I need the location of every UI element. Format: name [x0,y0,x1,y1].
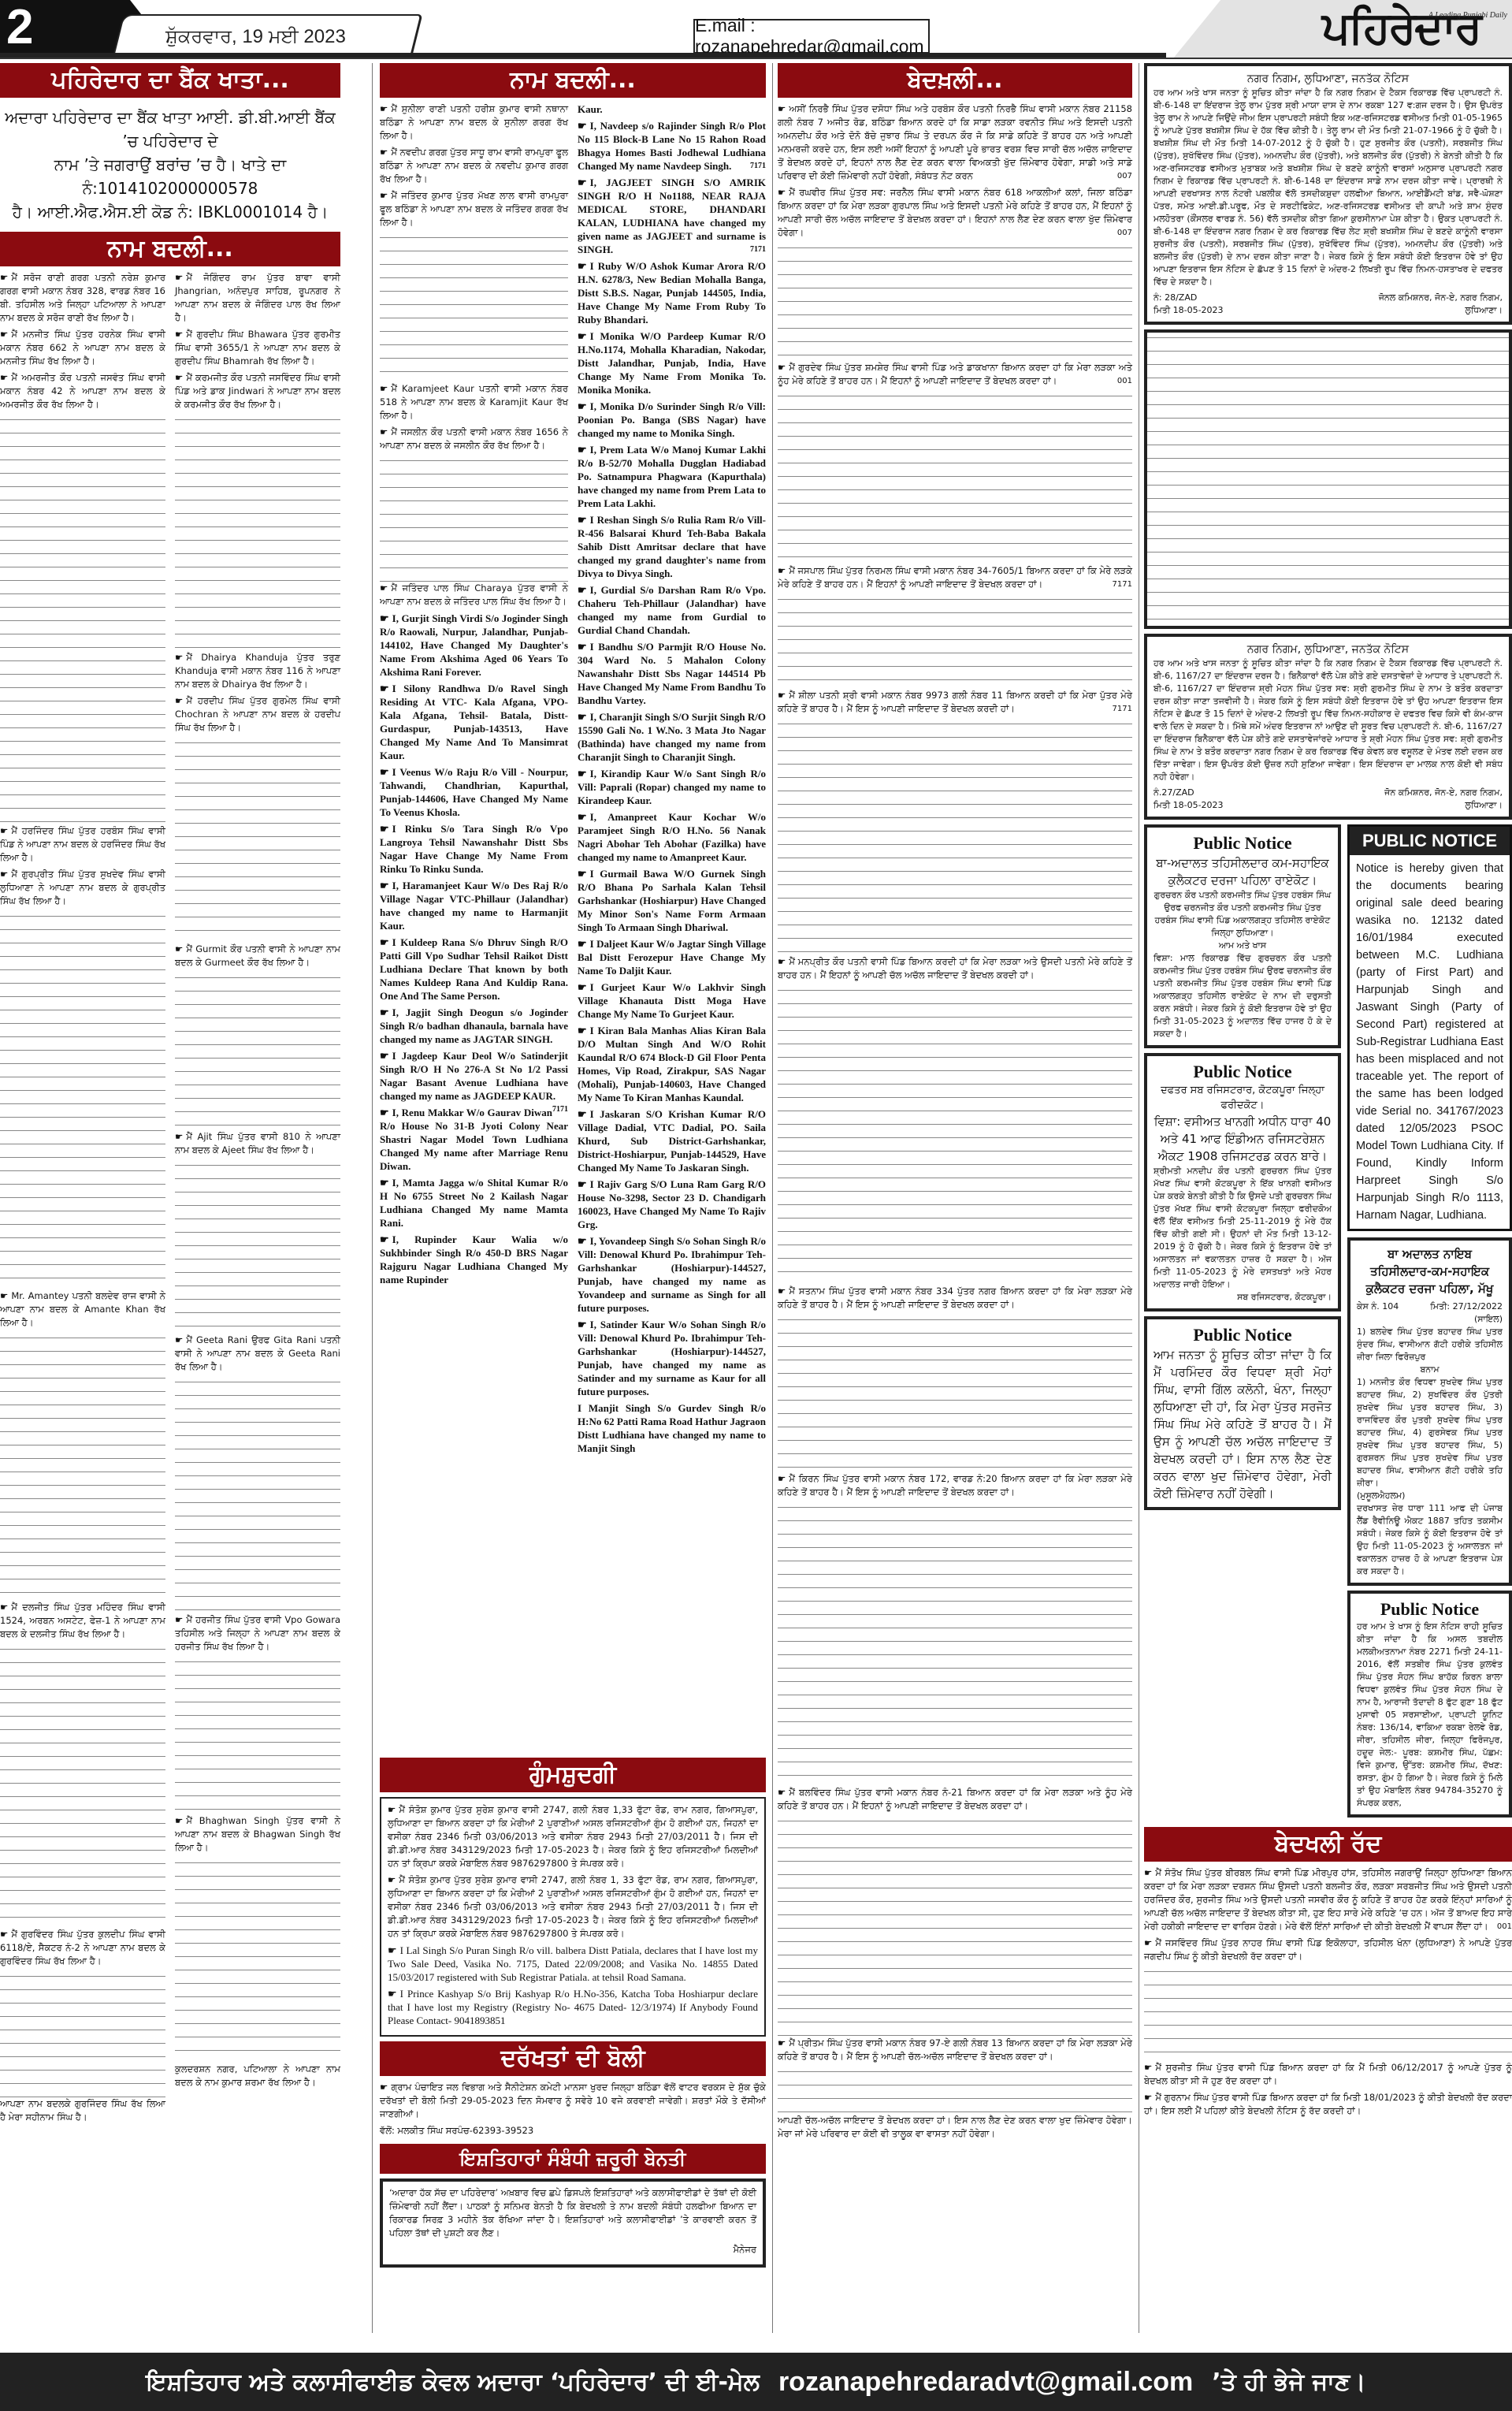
text-block-filler [380,456,568,582]
list-item: ☛ਮੈਂ ਮਨਜੀਤ ਸਿੰਘ ਪੁੱਤਰ ਹਰਨੇਕ ਸਿੰਘ ਵਾਸੀ ਮਕ… [0,328,165,368]
list-item: ☛ਮੈਂ ਗੁਰਦੀਪ ਸਿੰਘ Bhawara ਪੁੱਤਰ ਗੁਰਮੀਤ ਸਿ… [175,328,340,368]
list-item: ☛I, Gurdial S/o Darshan Ram R/o Vpo. Cha… [578,583,766,637]
tree-auction-heading: ਦਰੱਖਤਾਂ ਦੀ ਬੋਲੀ [380,2041,766,2076]
list-item: ☛ਮੈਂ Gurmit ਕੌਰ ਪਤਨੀ ਵਾਸੀ ਨੇ ਆਪਣਾ ਨਾਮ ਬਦ… [175,943,340,969]
public-notice-title: Public Notice [1154,1324,1332,1346]
list-item: ☛ਮੈਂ ਸੁਰਜੀਤ ਸਿੰਘ ਪੁੱਤਰ ਵਾਸੀ ਪਿੰਡ ਬਿਆਨ ਕਰ… [1144,2061,1512,2088]
pointing-hand-icon: ☛ [578,768,587,779]
text-block-filler [175,973,340,1130]
notice-body: ਹਰ ਆਮ ਅਤੇ ਖਾਸ ਜਨਤਾ ਨੂੰ ਸੂਚਿਤ ਕੀਤਾ ਜਾਂਦਾ … [1154,87,1503,288]
pointing-hand-icon: ☛ [175,943,183,954]
footer-suffix: ’ਤੇ ਹੀ ਭੇਜੇ ਜਾਣ। [1212,2368,1365,2396]
public-notice-en-title: PUBLIC NOTICE [1350,827,1510,855]
text-block-filler [175,738,340,943]
bank-account-info: ਅਦਾਰਾ ਪਹਿਰੇਦਾਰ ਦਾ ਬੈਂਕ ਖਾਤਾ ਆਈ. ਡੀ.ਬੀ.ਆਈ… [0,102,340,232]
list-item: ☛I Kiran Bala Manhas Alias Kiran Bala D/… [578,1024,766,1104]
text-block-filler [0,911,165,1289]
page-number: 2 [6,2,33,54]
pointing-hand-icon: ☛ [778,565,786,576]
public-notice-english: PUBLIC NOTICE Notice is hereby given tha… [1347,824,1512,1231]
name-change-heading: ਨਾਮ ਬਦਲੀ... [0,232,340,266]
notice-title: ਨਗਰ ਨਿਗਮ, ਲੁਧਿਆਣਾ, ਜਨਤੱਕ ਨੋਟਿਸ [1154,642,1503,657]
column-divider [772,63,773,2333]
list-item: ☛ਮੈਂ ਕਿਰਨ ਸਿੰਘ ਪੁੱਤਰ ਵਾਸੀ ਮਕਾਨ ਨੰਬਰ 172,… [778,1472,1132,1499]
list-item: ☛I Jaskaran S/O Krishan Kumar R/O Villag… [578,1107,766,1174]
list-item: ☛I Bandhu S/O Parmjit R/O House No. 304 … [578,640,766,707]
list-item: ☛I Daljeet Kaur W/o Jagtar Singh Village… [578,937,766,977]
public-notice-subject: ਵਿਸ਼ਾ: ਵਸੀਅਤ ਖਾਨਗੀ ਅਧੀਨ ਧਾਰਾ 40 ਅਤੇ 41 ਆ… [1154,1113,1332,1165]
plaintiff: 1) ਬਲਦੇਵ ਸਿੰਘ ਪੁੱਤਰ ਬਹਾਦਰ ਸਿੰਘ ਪੁਤਰ ਸੁੰਦ… [1357,1326,1503,1364]
pointing-hand-icon: ☛ [578,1319,587,1330]
notice-date: ਮਿਤੀ 18-05-2023 [1154,304,1224,317]
bank-line-3: ਹੈ। ਆਈ.ਐਫ.ਐਸ.ਈ ਕੋਡ ਨੰ: IBKL0001014 ਹੈ। [2,200,339,224]
list-item: ☛I, Navdeep s/o Rajinder Singh R/o Plot … [578,119,766,173]
contact-email[interactable]: E.mail : rozanapehredar@gmail.com [693,19,930,54]
notice-body: ਹਰ ਆਮ ਅਤੇ ਖਾਸ ਜਨਤਾ ਨੂੰ ਸੂਚਿਤ ਕੀਤਾ ਜਾਂਦਾ … [1154,657,1503,783]
list-item: ☛ਮੈਂ ਦਲਜੀਤ ਸਿੰਘ ਪੁੱਤਰ ਮਹਿੰਦਰ ਸਿੰਘ ਵਾਸੀ 1… [0,1601,165,1641]
list-item: ☛I Monika W/O Pardeep Kumar R/O H.No.117… [578,329,766,396]
missing-notices-box: ☛ਮੈਂ ਸੰਤੋਸ਼ ਕੁਮਾਰ ਪੁੱਤਰ ਸੁਰੇਸ਼ ਕੁਮਾਰ ਵਾਸ… [380,1797,766,2037]
ads-request-signature: ਮੈਨੇਜਰ [389,2243,756,2257]
list-item: ☛ਮੈਂ ਹਰਜੀਤ ਸਿੰਘ ਪੁੱਤਰ ਵਾਸੀ Vpo Gowara ਤਹ… [175,1613,340,1654]
mc-notice-2: ਨਗਰ ਨਿਗਮ, ਲੁਧਿਆਣਾ, ਜਨਤੱਕ ਨੋਟਿਸ ਹਰ ਆਮ ਅਤੇ… [1144,634,1512,820]
pointing-hand-icon: ☛ [578,1235,587,1247]
text-block-filler [175,415,340,651]
list-item: ☛ਮੈਂ Geeta Rani ਉਰਫ Gita Rani ਪਤਨੀ ਵਾਸੀ … [175,1334,340,1374]
public-notices-right: PUBLIC NOTICE Notice is hereby given tha… [1347,824,1512,1822]
text-block-filler [0,1333,165,1601]
text-block-filler [380,233,568,382]
pointing-hand-icon: ☛ [380,103,388,114]
ads-request-box: ‘ਅਦਾਰਾ ਹੱਕ ਸੱਚ ਦਾ ਪਹਿਰੇਦਾਰ’ ਅਖ਼ਬਾਰ ਵਿਚ ਛ… [380,2178,766,2268]
list-item: ☛ਮੈਂ ਗੁਰਪ੍ਰੀਤ ਸਿੰਘ ਪੁੱਤਰ ਸੁਖਦੇਵ ਸਿੰਘ ਵਾਸ… [0,868,165,908]
list-item: ☛I, Charanjit Singh S/O Surjit Singh R/O… [578,710,766,764]
pointing-hand-icon: ☛ [175,329,183,340]
column-divider [1139,63,1139,2333]
text-block-filler [778,391,1132,564]
list-item: ☛ਮੈਂ ਪ੍ਰੀਤਮ ਸਿੰਘ ਪੁੱਤਰ ਵਾਸੀ ਮਕਾਨ ਨੰਬਰ 97… [778,2037,1132,2063]
list-item-footer: ਕੁਲਦਰਸ਼ਨ ਨਗਰ, ਪਟਿਆਲਾ ਨੇ ਆਪਣਾ ਨਾਮ ਬਦਲ ਕੇ … [175,2063,340,2089]
pointing-hand-icon: ☛ [380,823,389,835]
pointing-hand-icon: ☛ [380,1050,389,1062]
bank-account-heading: ਪਹਿਰੇਦਾਰ ਦਾ ਬੈਂਕ ਖਾਤਾ... [0,63,340,98]
list-item: ☛ਮੈਂ ਜਤਿੰਦਰ ਪਾਲ ਸਿੰਘ Charaya ਪੁੱਤਰ ਵਾਸੀ … [380,582,568,608]
list-item: ☛ਮੈਂ ਸ਼ੀਲਾ ਪਤਨੀ ਸ਼੍ਰੀ ਵਾਸੀ ਮਕਾਨ ਨੰਬਰ 997… [778,689,1132,716]
notice-signatory: ਜੋਨਲ ਕਮਿਸ਼ਨਰ, ਜੋਨ-ਏ, ਨਗਰ ਨਿਗਮ, ਲੁਧਿਆਣਾ। [1361,292,1503,317]
bank-line-1: ਅਦਾਰਾ ਪਹਿਰੇਦਾਰ ਦਾ ਬੈਂਕ ਖਾਤਾ ਆਈ. ਡੀ.ਬੀ.ਆਈ… [2,106,339,153]
pointing-hand-icon: ☛ [778,1787,786,1798]
list-item: ☛I Ruby W/O Ashok Kumar Arora R/O H.N. 6… [578,259,766,326]
list-item: ☛I Gurmail Bawa W/O Gurnek Singh R/O Bha… [578,867,766,934]
list-item: ☛ਮੈਂ ਸੰਤੋਖ ਸਿੰਘ ਪੁੱਤਰ ਬੀਰਬਲ ਸਿੰਘ ਵਾਸੀ ਪਿ… [1144,1866,1512,1933]
column-name-change-english: ਨਾਮ ਬਦਲੀ... ☛ਮੈਂ ਸੁਨੀਲਾ ਰਾਣੀ ਪਤਨੀ ਹਰੀਸ਼ … [380,63,766,2272]
list-item: Kaur. [578,102,766,116]
list-item: ☛I, Mamta Jagga w/o Shital Kumar R/o H N… [380,1176,568,1230]
column-bank-and-name-change: ਪਹਿਰੇਦਾਰ ਦਾ ਬੈਂਕ ਖਾਤਾ... ਅਦਾਰਾ ਪਹਿਰੇਦਾਰ … [0,63,340,2127]
public-notices-left: Public Notice ਬਾ-ਅਦਾਲਤ ਤਹਿਸੀਲਦਾਰ ਕਮ-ਸਹਾਇ… [1144,824,1341,1822]
list-item: ☛I, Haramanjeet Kaur W/o Des Raj R/o Vil… [380,879,568,932]
pointing-hand-icon: ☛ [380,2082,388,2093]
notice-title: ਨਗਰ ਨਿਗਮ, ਲੁਧਿਆਣਾ, ਜਨਤੱਕ ਨੋਟਿਸ [1154,71,1503,87]
text-block-filler [778,719,1132,955]
public-notice-general: ਆਮ ਅਤੇ ਖਾਸ [1154,939,1332,952]
list-item: I Manjit Singh S/o Gurdev Singh R/o H:No… [578,1401,766,1455]
public-notice-title: Public Notice [1154,832,1332,854]
list-item: ☛I Reshan Singh S/o Rulia Ram R/o Vill-R… [578,513,766,580]
pointing-hand-icon: ☛ [388,1988,397,2000]
pointing-hand-icon: ☛ [175,1614,183,1625]
text-block-filler [778,2067,1132,2114]
case-number: ਕੇਸ ਨੰ. 104 [1357,1300,1399,1313]
court-notice-body: ਦਰਖਾਸਤ ਜ਼ੇਰ ਧਾਰਾ 111 ਆਫ ਦੀ ਪੰਜਾਬ ਲੈਂਡ ਰੈ… [1357,1502,1503,1578]
text-block-filler [778,1502,1132,1786]
list-item: ☛ਮੈਂ ਸੰਤੋਸ਼ ਕੁਮਾਰ ਪੁੱਤਰ ਸੁਰੇਸ਼ ਕੁਮਾਰ ਵਾਸ… [388,1873,758,1940]
pointing-hand-icon: ☛ [778,690,786,701]
list-item: ☛ਮੈਂ Ajit ਸਿੰਘ ਪੁੱਤਰ ਵਾਸੀ 810 ਨੇ ਆਪਣਾ ਨਾ… [175,1130,340,1157]
pointing-hand-icon: ☛ [380,426,388,437]
name-change-2-left-column: ☛ਮੈਂ ਸੁਨੀਲਾ ਰਾਣੀ ਪਤਨੀ ਹਰੀਸ਼ ਕੁਮਾਰ ਵਾਸੀ ਨ… [380,102,568,1758]
pointing-hand-icon: ☛ [380,612,389,624]
pointing-hand-icon: ☛ [0,329,8,340]
list-item: ☛I Lal Singh S/o Puran Singh R/o vill. b… [388,1944,758,1984]
list-item: ☛I Rinku S/o Tara Singh R/o Vpo Langroya… [380,822,568,876]
missing-heading: ਗੁੰਮਸ਼ੁਦਗੀ [380,1758,766,1792]
notice-footer: ਨੰ: 28/ZADਮਿਤੀ 18-05-2023 ਜੋਨਲ ਕਮਿਸ਼ਨਰ, … [1154,292,1503,317]
list-item: ☛I Jagdeep Kaur Deol W/o Satinderjit Sin… [380,1049,568,1103]
pointing-hand-icon: ☛ [380,1233,389,1245]
pointing-hand-icon: ☛ [578,868,587,880]
public-notice-title: Public Notice [1154,1061,1332,1083]
list-item: ☛I Silony Randhwa D/o Ravel Singh Residi… [380,682,568,762]
public-notice-en-body: Notice is hereby given that the document… [1350,855,1510,1229]
pointing-hand-icon: ☛ [380,766,389,778]
text-block-filler [778,243,1132,361]
name-change-list: ☛ਮੈਂ ਸਰੋਜ ਰਾਣੀ ਗਰਗ ਪਤਨੀ ਨਰੇਸ਼ ਕੁਮਾਰ ਗਰਗ … [0,271,340,2127]
tree-auction-signature: ਵੱਲੋਂ: ਮਲਕੀਤ ਸਿੰਘ ਸਰਪੰਚ-62393-39523 [380,2124,766,2138]
text-block-filler [778,594,1132,689]
list-item: ☛ਮੈਂ ਮਨਪ੍ਰੀਤ ਕੌਰ ਪਤਨੀ ਵਾਸੀ ਪਿੰਡ ਬਿਆਨ ਕਰਦ… [778,955,1132,982]
list-item: ☛ਮੈਂ ਗੁਰਨਾਮ ਸਿੰਘ ਪੁੱਤਰ ਵਾਸੀ ਪਿੰਡ ਬਿਆਨ ਕਰ… [1144,2091,1512,2118]
list-item: ☛ਅਸੀਂ ਨਿਰਭੈ ਸਿੰਘ ਪੁੱਤਰ ਦਸੋਧਾ ਸਿੰਘ ਅਤੇ ਹਰ… [778,102,1132,183]
pointing-hand-icon: ☛ [175,1131,183,1142]
list-item: ☛I Rajiv Garg S/O Luna Ram Garg R/O Hous… [578,1178,766,1231]
pointing-hand-icon: ☛ [1144,2062,1152,2073]
pointing-hand-icon: ☛ [578,641,587,653]
pointing-hand-icon: ☛ [578,330,587,342]
name-change-left-column: ☛ਮੈਂ ਸਰੋਜ ਰਾਣੀ ਗਰਗ ਪਤਨੀ ਨਰੇਸ਼ ਕੁਮਾਰ ਗਰਗ … [0,271,165,2127]
public-notice-zira: Public Notice ਹਰ ਆਮ ਤੇ ਖਾਸ ਨੂੰ ਇਸ ਨੋਟਿਸ … [1347,1591,1512,1818]
public-notice-title: Public Notice [1357,1598,1503,1620]
notice-ref: ਨੰ: 28/ZAD [1154,292,1224,304]
versus: ਬਨਾਮ [1357,1364,1503,1376]
list-item: ☛ਮੈਂ ਜਸਵਿੰਦਰ ਸਿੰਘ ਪੁੱਤਰ ਨਾਹਰ ਸਿੰਘ ਵਾਸੀ ਪ… [1144,1937,1512,1963]
pointing-hand-icon: ☛ [380,936,389,948]
pointing-hand-icon: ☛ [578,1108,587,1120]
disinheritance-revoked-heading: ਬੇਦਖਲੀ ਰੱਦ [1144,1827,1512,1862]
list-item: ☛ਮੈਂ Dhairya Khanduja ਪੁੱਤਰ ਤਰੁਣ Khanduj… [175,651,340,691]
pointing-hand-icon: ☛ [578,1178,587,1190]
pointing-hand-icon: ☛ [578,260,587,272]
pointing-hand-icon: ☛ [578,811,587,823]
pointing-hand-icon: ☛ [578,711,587,723]
public-notice-subtitle: ਬਾ-ਅਦਾਲਤ ਤਹਿਸੀਲਦਾਰ ਕਮ-ਸਹਾਇਕ ਕੁਲੈਕਟਰ ਦਰਜਾ… [1154,854,1332,889]
pointing-hand-icon: ☛ [578,400,587,412]
list-item: ☛ਮੈਂ ਹਰਜਿੰਦਰ ਸਿੰਘ ਪੁੱਤਰ ਹਰਬੰਸ ਸਿੰਘ ਵਾਸੀ … [0,824,165,865]
mc-notice-1: ਨਗਰ ਨਿਗਮ, ਲੁਧਿਆਣਾ, ਜਨਤੱਕ ਨੋਟਿਸ ਹਰ ਆਮ ਅਤੇ… [1144,63,1512,325]
pointing-hand-icon: ☛ [778,1473,786,1484]
column-public-notices: ਨਗਰ ਨਿਗਮ, ਲੁਧਿਆਣਾ, ਜਨਤੱਕ ਨੋਟਿਸ ਹਰ ਆਮ ਅਤੇ… [1144,63,1512,2121]
list-item: ☛I Veenus W/o Raju R/o Vill - Nourpur, T… [380,765,568,819]
public-notice-raikot: Public Notice ਬਾ-ਅਦਾਲਤ ਤਹਿਸੀਲਦਾਰ ਕਮ-ਸਹਾਇ… [1144,824,1341,1048]
public-notice-body: ਸ਼੍ਰੀਮਤੀ ਮਨਦੀਪ ਕੌਰ ਪਤਨੀ ਗੁਰਚਰਨ ਸਿੰਘ ਪੁੱਤ… [1154,1165,1332,1291]
court-notice-title: ਬਾ ਅਦਾਲਤ ਨਾਇਬ ਤਹਿਸੀਲਦਾਰ-ਕਮ-ਸਹਾਇਕ ਕੁਲੈਕਟਰ… [1357,1245,1503,1297]
list-item: ☛ਮੈਂ ਜਤਿੰਦਰ ਕੁਮਾਰ ਪੁੱਤਰ ਮੱਖਣ ਲਾਲ ਵਾਸੀ ਰਾ… [380,189,568,229]
defendants: 1) ਮਨਜੀਤ ਕੌਰ ਵਿਧਵਾ ਸੁਖਦੇਵ ਸਿੰਘ ਪੁਤਰ ਬਹਾਦ… [1357,1376,1503,1490]
list-item: ☛ਮੈਂ ਕਰਮਜੀਤ ਕੌਰ ਪਤਨੀ ਜਸਵਿੰਦਰ ਸਿੰਘ ਵਾਸੀ ਪ… [175,371,340,411]
pointing-hand-icon: ☛ [778,956,786,967]
list-item: ☛ਮੈਂ ਬਲਵਿੰਦਰ ਸਿੰਘ ਪੁੱਤਰ ਵਾਸੀ ਮਕਾਨ ਨੰਬਰ ਨ… [778,1786,1132,1813]
masthead: 2 ਸ਼ੁੱਕਰਵਾਰ, 19 ਮਈ 2023 E.mail : rozanap… [0,0,1512,57]
pointing-hand-icon: ☛ [380,147,388,158]
court-notice-meta: ਕੇਸ ਨੰ. 104 ਮਿਤੀ: 27/12/2022 [1357,1300,1503,1313]
pointing-hand-icon: ☛ [578,514,587,526]
header-divider [0,58,1512,59]
pointing-hand-icon: ☛ [0,1929,8,1940]
list-item: ☛I Prince Kashyap S/o Brij Kashyap R/o H… [388,1987,758,2027]
pointing-hand-icon: ☛ [578,177,587,188]
pointing-hand-icon: ☛ [0,372,8,383]
pointing-hand-icon: ☛ [388,1804,396,1815]
public-notice-subtitle: ਦਫਤਰ ਸਬ ਰਜਿਸਟਰਾਰ, ਕੋਟਕਪੂਰਾ ਜਿਲ੍ਹਾ ਫਰੀਦਕੋ… [1154,1083,1332,1113]
pointing-hand-icon: ☛ [380,1107,389,1118]
pointing-hand-icon: ☛ [380,683,389,694]
pointing-hand-icon: ☛ [380,1006,389,1018]
text-block-filler [175,1858,340,2063]
disinheritance-heading: ਬੇਦਖ਼ਲੀ... [778,63,1132,98]
brand-tagline: A Leading Punjabi Daily [1428,11,1507,20]
list-item: ☛ਮੈਂ ਜੋਗਿੰਦਰ ਰਾਮ ਪੁੱਤਰ ਬਾਵਾ ਵਾਸੀ Jhangri… [175,271,340,325]
column-divider [372,63,373,2333]
text-block-filler [778,1315,1132,1472]
pointing-hand-icon: ☛ [380,1177,389,1189]
text-block-filler [175,1377,340,1613]
pointing-hand-icon: ☛ [0,1290,8,1301]
pointing-hand-icon: ☛ [380,880,389,891]
bank-line-2: ਨਾਮ ’ਤੇ ਜਗਰਾਉਂ ਬਰਾਂਚ ’ਚ ਹੈ। ਖਾਤੇ ਦਾ ਨੰ:1… [2,153,339,200]
notice-ref: ਨੰ.27/ZAD [1154,787,1224,799]
name-change-2-right-column: Kaur. ☛I, Navdeep s/o Rajinder Singh R/o… [578,102,766,1758]
pointing-hand-icon: ☛ [175,272,183,283]
list-item: ☛ਮੈਂ ਗੁਰਦੇਵ ਸਿੰਘ ਪੁੱਤਰ ਸ਼ਮਸ਼ੇਰ ਸਿੰਘ ਵਾਸੀ… [778,361,1132,388]
notice-footer: ਨੰ.27/ZADਮਿਤੀ 18-05-2023 ਜੋਨ ਕਮਿਸ਼ਨਰ, ਜੋ… [1154,787,1503,812]
pointing-hand-icon: ☛ [578,1025,587,1036]
case-date: ਮਿਤੀ: 27/12/2022 [1430,1300,1503,1313]
list-item: ☛ਮੈਂ ਅਮਰਜੀਤ ਕੌਰ ਪਤਨੀ ਜਸਵੰਤ ਸਿੰਘ ਵਾਸੀ ਮਕਾ… [0,371,165,411]
list-item: ☛ਮੈਂ ਰਘਵੀਰ ਸਿੰਘ ਪੁੱਤਰ ਸਵ: ਜਰਨੈਲ ਸਿੰਘ ਵਾਸ… [778,186,1132,240]
pointing-hand-icon: ☛ [175,695,183,706]
text-block-filler [175,1657,340,1814]
list-item: ☛I, Kirandip Kaur W/o Sant Singh R/o Vil… [578,767,766,807]
pointing-hand-icon: ☛ [388,1944,397,1956]
pointing-hand-icon: ☛ [388,1874,396,1885]
column-disinheritance: ਬੇਦਖ਼ਲੀ... ☛ਅਸੀਂ ਨਿਰਭੈ ਸਿੰਘ ਪੁੱਤਰ ਦਸੋਧਾ … [778,63,1132,2144]
public-notice-kotkapura: Public Notice ਦਫਤਰ ਸਬ ਰਜਿਸਟਰਾਰ, ਕੋਟਕਪੂਰਾ… [1144,1053,1341,1312]
public-notice-body: ਹਰ ਆਮ ਤੇ ਖਾਸ ਨੂੰ ਇਸ ਨੋਟਿਸ ਰਾਹੀ ਸੂਚਿਤ ਕੀਤ… [1357,1620,1503,1810]
list-item: ☛ਮੈਂ ਸਤਨਾਮ ਸਿੰਘ ਪੁੱਤਰ ਵਾਸੀ ਮਕਾਨ ਨੰਬਰ 334… [778,1285,1132,1312]
name-change-list-2: ☛ਮੈਂ ਸੁਨੀਲਾ ਰਾਣੀ ਪਤਨੀ ਹਰੀਸ਼ ਕੁਮਾਰ ਵਾਸੀ ਨ… [380,102,766,1758]
list-item: ☛I Gurjeet Kaur W/o Lakhvir Singh Villag… [578,980,766,1021]
pointing-hand-icon: ☛ [175,652,183,663]
pointing-hand-icon: ☛ [578,981,587,993]
ads-request-body: ‘ਅਦਾਰਾ ਹੱਕ ਸੱਚ ਦਾ ਪਹਿਰੇਦਾਰ’ ਅਖ਼ਬਾਰ ਵਿਚ ਛ… [389,2186,756,2240]
list-item: ☛ਮੈਂ ਸੰਤੋਸ਼ ਕੁਮਾਰ ਪੁੱਤਰ ਸੁਰੇਸ਼ ਕੁਮਾਰ ਵਾਸ… [388,1803,758,1870]
footer-text: ਇਸ਼ਤਿਹਾਰ ਅਤੇ ਕਲਾਸੀਫਾਈਡ ਕੇਵਲ ਅਦਾਰਾ ‘ਪਹਿਰੇ… [146,2368,759,2396]
pointing-hand-icon: ☛ [1144,1867,1152,1878]
court-notice-makhu: ਬਾ ਅਦਾਲਤ ਨਾਇਬ ਤਹਿਸੀਲਦਾਰ-ਕਮ-ਸਹਾਇਕ ਕੁਲੈਕਟਰ… [1347,1237,1512,1586]
pointing-hand-icon: ☛ [578,584,587,596]
pointing-hand-icon: ☛ [778,1285,786,1297]
list-item: ☛ਮੈਂ ਗੁਰਵਿੰਦਰ ਸਿੰਘ ਪੁੱਤਰ ਕੁਲਦੀਪ ਸਿੰਘ ਵਾਸ… [0,1928,165,1968]
pointing-hand-icon: ☛ [175,1334,183,1345]
pointing-hand-icon: ☛ [778,103,786,114]
text-block-filler [1144,1966,1512,2061]
list-item: ☛I, Gurjit Singh Virdi S/o Joginder Sing… [380,612,568,679]
pointing-hand-icon: ☛ [0,825,8,836]
list-item: ☛I, Rupinder Kaur Walia w/o Sukhbinder S… [380,1233,568,1286]
list-item: ☛ਮੈਂ ਜਸਪਾਲ ਸਿੰਘ ਪੁੱਤਰ ਨਿਰਮਲ ਸਿੰਘ ਵਾਸੀ ਮਕ… [778,564,1132,591]
public-notice-parties: ਗੁਰਚਰਨ ਕੌਰ ਪਤਨੀ ਕਰਮਜੀਤ ਸਿੰਘ ਪੁੱਤਰ ਹਰਬੰਸ … [1154,889,1332,939]
footer-banner: ਇਸ਼ਤਿਹਾਰ ਅਤੇ ਕਲਾਸੀਫਾਈਡ ਕੇਵਲ ਅਦਾਰਾ ‘ਪਹਿਰੇ… [0,2353,1512,2411]
public-notice-signatory: ਸਬ ਰਜਿਸਟਰਾਰ, ਕੋਟਕਪੂਰਾ। [1154,1291,1332,1304]
pointing-hand-icon: ☛ [1144,1937,1152,1948]
list-item-footer: ਆਪਣੀ ਚੱਲ-ਅਚੱਲ ਜਾਇਦਾਦ ਤੋਂ ਬੇਦਖਲ ਕਰਦਾ ਹਾਂ।… [778,2114,1132,2141]
list-item: ☛ਮੈਂ ਨਵਦੀਪ ਗਰਗ ਪੁੱਤਰ ਸਾਧੂ ਰਾਮ ਵਾਸੀ ਰਾਮਪੁ… [380,146,568,186]
name-change-heading-2: ਨਾਮ ਬਦਲੀ... [380,63,766,98]
list-item: ☛I, Prem Lata W/o Manoj Kumar Lakhi R/o … [578,443,766,510]
pointing-hand-icon: ☛ [380,582,388,593]
notice-signatory: ਜੋਨ ਕਮਿਸ਼ਨਰ, ਜੋਨ-ਏ, ਨਗਰ ਨਿਗਮ, ਲੁਧਿਆਣਾ। [1361,787,1503,812]
issue-date: ਸ਼ੁੱਕਰਵਾਰ, 19 ਮਈ 2023 [165,24,346,50]
list-item: ☛I, Monika D/o Surinder Singh R/o Vill: … [578,400,766,440]
pointing-hand-icon: ☛ [578,120,587,132]
pointing-hand-icon: ☛ [0,869,8,880]
public-notice-body: ਵਿਸ਼ਾ: ਮਾਲ ਰਿਕਾਰਡ ਵਿੱਚ ਗੁਰਚਰਨ ਕੌਰ ਪਤਨੀ ਕ… [1154,952,1332,1040]
list-item: ☛Mr. Amantey ਪਤਨੀ ਬਲਦੇਵ ਰਾਜ ਵਾਸੀ ਨੇ ਆਪਣਾ… [0,1289,165,1330]
public-notice-body: ਆਮ ਜਨਤਾ ਨੂੰ ਸੂਚਿਤ ਕੀਤਾ ਜਾਂਦਾ ਹੈ ਕਿ ਮੈਂ ਪ… [1154,1346,1332,1502]
list-item: ☛ਮੈਂ ਹਰਦੀਪ ਸਿੰਘ ਪੁੱਤਰ ਗੁਰਮੇਲ ਸਿੰਘ ਵਾਸੀ C… [175,694,340,735]
list-item: ☛I, JAGJEET SINGH S/O AMRIK SINGH R/O H … [578,176,766,256]
pointing-hand-icon: ☛ [0,1602,8,1613]
tree-auction-body: ☛ਗ੍ਰਾਮ ਪੰਚਾਇਤ ਜਲ ਵਿਭਾਗ ਅਤੇ ਸੈਨੀਟੇਸ਼ਨ ਕਮੇ… [380,2081,766,2121]
text-block-filler [175,1160,340,1334]
party-role: (ਮੁਸੂਲਐਹਲਮ) [1357,1490,1503,1502]
text-block-filler [0,415,165,824]
list-item: ☛ਮੈਂ ਸੁਨੀਲਾ ਰਾਣੀ ਪਤਨੀ ਹਰੀਸ਼ ਕੁਮਾਰ ਵਾਸੀ ਨ… [380,102,568,143]
pointing-hand-icon: ☛ [578,444,587,456]
list-item: ☛I, Yovandeep Singh S/o Sohan Singh R/o … [578,1234,766,1315]
public-notices-grid: Public Notice ਬਾ-ਅਦਾਲਤ ਤਹਿਸੀਲਦਾਰ ਕਮ-ਸਹਾਇ… [1144,824,1512,1822]
text-block-filler [778,1816,1132,2037]
notice-date: ਮਿਤੀ 18-05-2023 [1154,799,1224,812]
ads-request-heading: ਇਸ਼ਤਿਹਾਰਾਂ ਸੰਬੰਧੀ ਜ਼ਰੂਰੀ ਬੇਨਤੀ [380,2144,766,2174]
list-item: ☛I, Jagjit Singh Deogun s/o Joginder Sin… [380,1006,568,1046]
list-item: ☛ਮੈਂ Karamjeet Kaur ਪਤਨੀ ਵਾਸੀ ਮਕਾਨ ਨੰਬਰ … [380,382,568,422]
list-item: ☛I, Renu Makkar W/o Gaurav Diwan R/o Hou… [380,1106,568,1173]
list-item: ☛ਮੈਂ ਜਸਲੀਨ ਕੌਰ ਪਤਨੀ ਵਾਸੀ ਮਕਾਨ ਨੰਬਰ 1656 … [380,426,568,452]
list-item: ☛I, Amanpreet Kaur Kochar W/o Paramjeet … [578,810,766,864]
list-item: ☛ਮੈਂ ਸਰੋਜ ਰਾਣੀ ਗਰਗ ਪਤਨੀ ਨਰੇਸ਼ ਕੁਮਾਰ ਗਰਗ … [0,271,165,325]
pointing-hand-icon: ☛ [175,372,183,383]
pointing-hand-icon: ☛ [778,362,786,373]
pointing-hand-icon: ☛ [0,272,8,283]
list-item-footer: ਆਪਣਾ ਨਾਮ ਬਦਲਕੇ ਗੁਰਜਿੰਦਰ ਸਿੰਘ ਰੱਖ ਲਿਆ ਹੈ … [0,2097,165,2124]
pointing-hand-icon: ☛ [778,187,786,198]
list-item: ☛ਮੈਂ Bhaghwan Singh ਪੁੱਤਰ ਵਾਸੀ ਨੇ ਆਪਣਾ ਨ… [175,1814,340,1855]
pointing-hand-icon: ☛ [175,1815,183,1826]
pointing-hand-icon: ☛ [1144,2092,1152,2103]
name-change-right-column: ☛ਮੈਂ ਜੋਗਿੰਦਰ ਰਾਮ ਪੁੱਤਰ ਬਾਵਾ ਵਾਸੀ Jhangri… [175,271,340,2127]
pointing-hand-icon: ☛ [778,2037,786,2048]
list-item: ☛I, Satinder Kaur W/o Sohan Singh R/o Vi… [578,1318,766,1398]
text-block-filler [0,1971,165,2097]
public-notice-khanna: Public Notice ਆਮ ਜਨਤਾ ਨੂੰ ਸੂਚਿਤ ਕੀਤਾ ਜਾਂ… [1144,1316,1341,1510]
list-item: ☛I Kuldeep Rana S/o Dhruv Singh R/O Patt… [380,936,568,1003]
pointing-hand-icon: ☛ [578,938,587,950]
party-role: (ਸਾਇਲ) [1357,1313,1503,1326]
footer-email-link[interactable]: rozanapehredaradvt@gmail.com [778,2367,1193,2398]
text-block-filler [778,985,1132,1285]
text-block-filler [0,1644,165,1928]
mc-notice-filler [1144,329,1512,629]
pointing-hand-icon: ☛ [380,383,388,394]
pointing-hand-icon: ☛ [380,190,388,201]
